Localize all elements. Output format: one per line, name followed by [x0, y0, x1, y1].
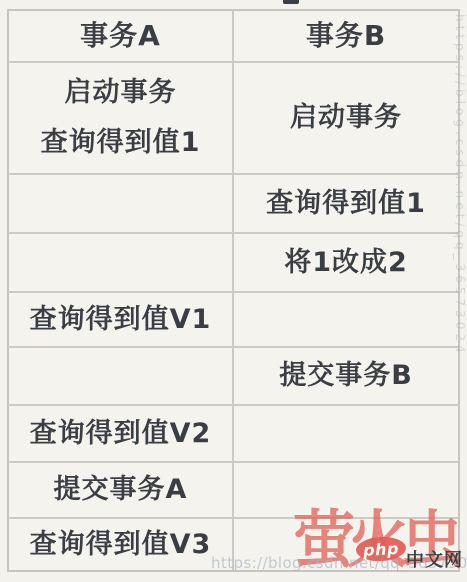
table-cell-a-row6: 查询得到值V2: [9, 406, 234, 463]
screenshot-canvas: 事务A 事务B 启动事务 查询得到值1 启动事务 查询得到值1 将1改成2 查询…: [0, 0, 467, 582]
table-cell-b-row4-empty: [234, 293, 458, 348]
cell-text: 查询得到值1: [266, 179, 426, 229]
header-cell-transaction-b: 事务B: [234, 11, 458, 63]
cell-text: 提交事务B: [279, 351, 413, 401]
table-cell-b-row5: 提交事务B: [234, 348, 458, 406]
site-suffix-label: 中文网: [406, 546, 463, 572]
table-cell-a-row2-empty: [9, 175, 234, 234]
table-cell-a-row3-empty: [9, 234, 234, 293]
table-cell-a-row8: 查询得到值V3: [9, 519, 234, 570]
cell-text: 查询得到值1: [41, 118, 201, 168]
table-cell-b-row3: 将1改成2: [234, 234, 458, 293]
cell-text: 查询得到值V3: [30, 520, 212, 570]
header-cell-transaction-a: 事务A: [9, 11, 234, 63]
transaction-table: 事务A 事务B 启动事务 查询得到值1 启动事务 查询得到值1 将1改成2 查询…: [7, 9, 460, 572]
table-cell-b-row2: 查询得到值1: [234, 175, 458, 234]
table-cell-a-row4: 查询得到值V1: [9, 293, 234, 348]
table-cell-a-row1: 启动事务 查询得到值1: [9, 63, 234, 175]
php-logo-text: php: [363, 539, 400, 560]
cell-text: 提交事务A: [54, 465, 188, 515]
cell-text: 查询得到值V2: [30, 409, 212, 459]
cell-text: 启动事务: [65, 68, 177, 118]
table-cell-a-row5-empty: [9, 348, 234, 406]
cell-text: 启动事务: [290, 93, 402, 143]
table-cell-a-row7: 提交事务A: [9, 463, 234, 519]
table-cell-b-row7-empty: [234, 463, 458, 519]
cell-text: 查询得到值V1: [30, 295, 212, 345]
column-header-label: 事务A: [80, 11, 161, 62]
column-header-label: 事务B: [306, 11, 386, 62]
cropped-text-artifact: [283, 0, 299, 4]
table-cell-b-row6-empty: [234, 406, 458, 463]
table-cell-b-row1: 启动事务: [234, 63, 458, 175]
cell-text: 将1改成2: [284, 238, 408, 288]
